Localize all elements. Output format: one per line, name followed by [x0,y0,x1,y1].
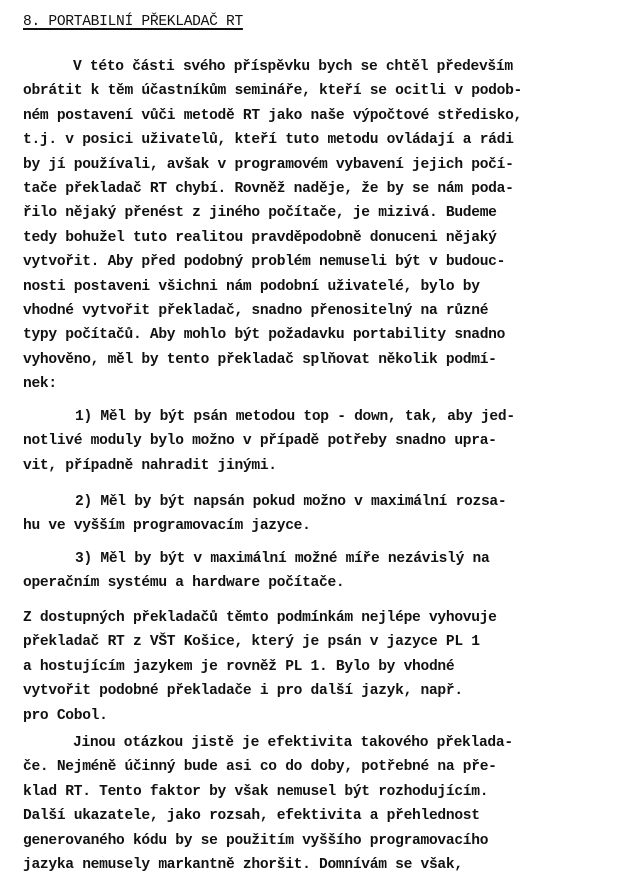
paragraph-line: typy počítačů. Aby mohlo být požadavku p… [23,326,505,344]
document-page: 8. PORTABILNÍ PŘEKLADAČ RT V této části … [0,0,633,891]
paragraph-line: nek: [23,375,57,393]
paragraph-line: Jinou otázkou jistě je efektivita takové… [73,734,513,752]
paragraph-line: vyhověno, měl by tento překladač splňova… [23,351,497,369]
condition-line: 3) Měl by být v maximální možné míře nez… [75,550,489,568]
condition-line: 2) Měl by být napsán pokud možno v maxim… [75,493,506,511]
paragraph-line: klad RT. Tento faktor by však nemusel bý… [23,783,488,801]
paragraph-line: jazyka nemusely markantně zhoršit. Domní… [23,856,463,874]
condition-line: notlivé moduly bylo možno v případě potř… [23,432,497,450]
paragraph-line: t.j. v posici uživatelů, kteří tuto meto… [23,131,514,149]
paragraph-line: nosti postaveni všichni nám podobní uživ… [23,278,480,296]
paragraph-line: Z dostupných překladačů těmto podmínkám … [23,609,497,627]
condition-line: 1) Měl by být psán metodou top - down, t… [75,408,515,426]
paragraph-line: by jí používali, avšak v programovém vyb… [23,156,514,174]
paragraph-line: pro Cobol. [23,707,108,725]
paragraph-line: řilo nějaký přenést z jiného počítače, j… [23,204,497,222]
condition-line: hu ve vyšším programovacím jazyce. [23,517,311,535]
section-title: 8. PORTABILNÍ PŘEKLADAČ RT [23,14,243,30]
paragraph-line: Další ukazatele, jako rozsah, efektivita… [23,807,480,825]
paragraph-line: a hostujícím jazykem je rovněž PL 1. Byl… [23,658,454,676]
paragraph-line: V této části svého příspěvku bych se cht… [73,58,513,76]
paragraph-line: vytvořit. Aby před podobný problém nemus… [23,253,505,271]
condition-line: vit, případně nahradit jinými. [23,457,277,475]
paragraph-line: vytvořit podobné překladače i pro další … [23,682,463,700]
paragraph-line: ném postavení vůči metodě RT jako naše v… [23,107,522,125]
paragraph-line: če. Nejméně účinný bude asi co do doby, … [23,758,497,776]
condition-line: operačním systému a hardware počítače. [23,574,344,592]
paragraph-line: generovaného kódu by se použitím vyššího… [23,832,488,850]
paragraph-line: tedy bohužel tuto realitou pravděpodobně… [23,229,497,247]
paragraph-line: obrátit k těm účastníkům semináře, kteří… [23,82,522,100]
paragraph-line: překladač RT z VŠT Košice, který je psán… [23,633,480,651]
paragraph-line: tače překladač RT chybí. Rovněž naděje, … [23,180,514,198]
paragraph-line: vhodné vytvořit překladač, snadno přenos… [23,302,488,320]
